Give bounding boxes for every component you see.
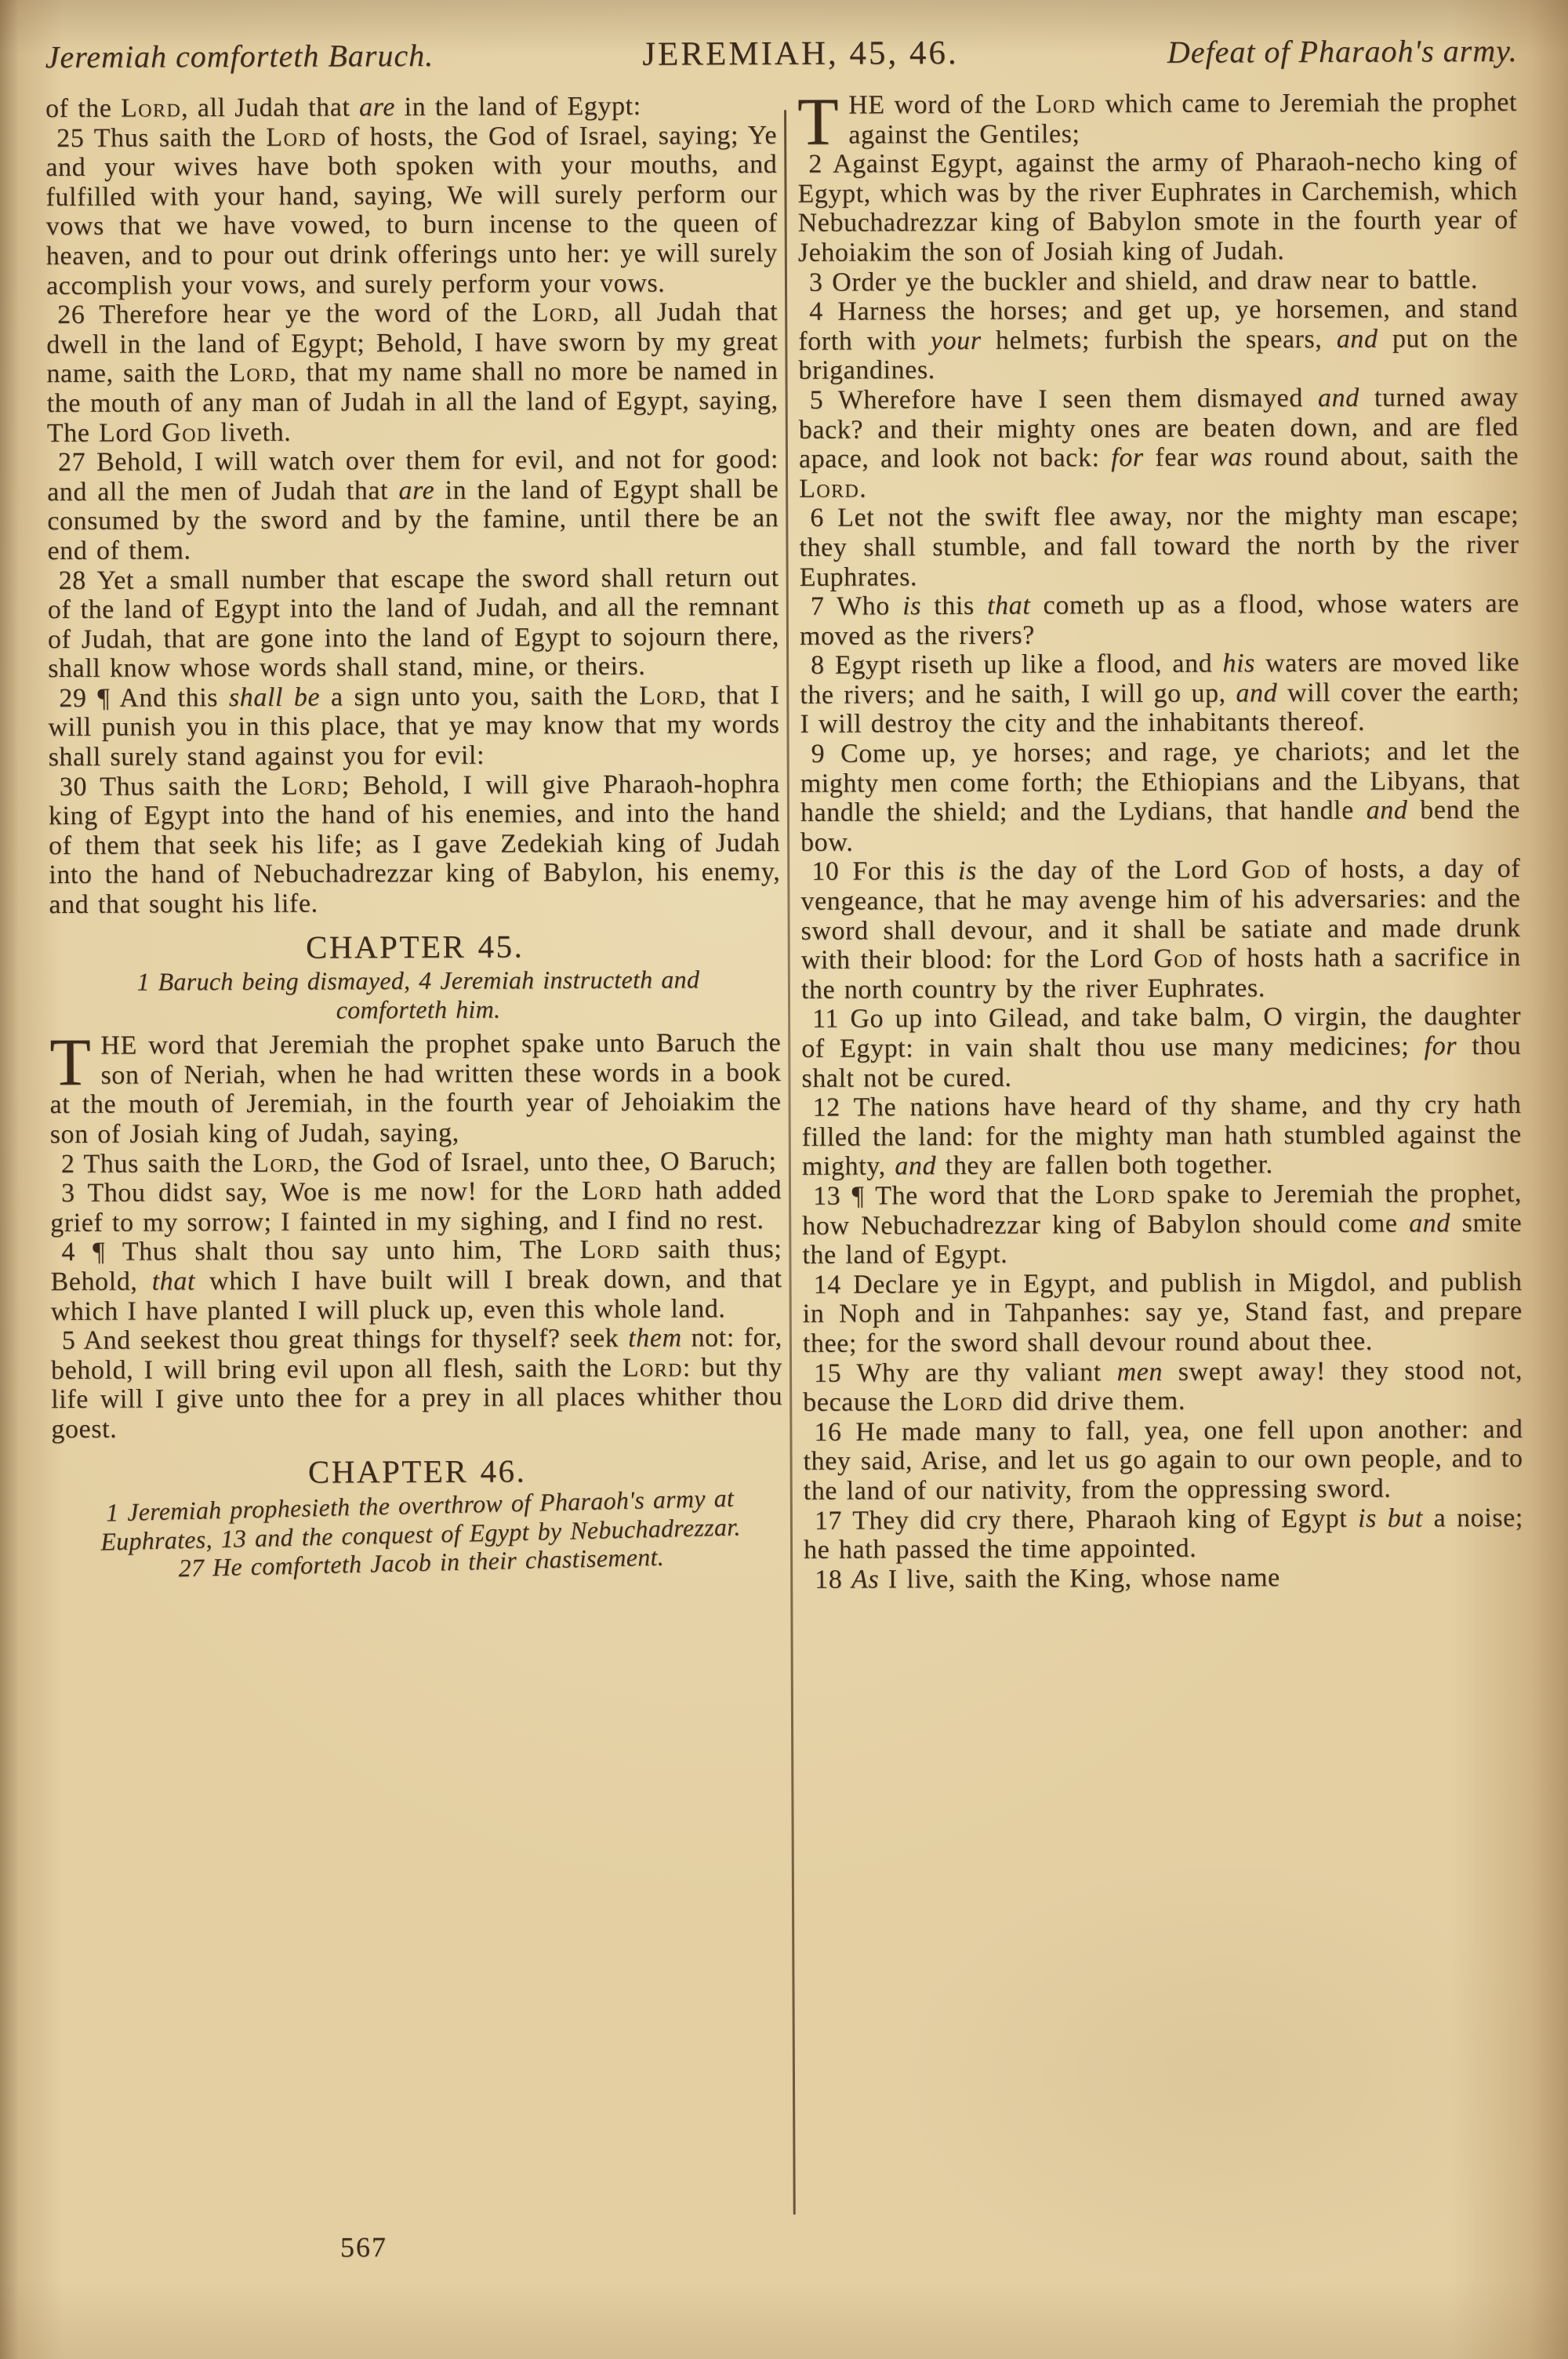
verse-paragraph: 25 Thus saith the Lord of hosts, the God… — [45, 121, 778, 301]
italic-word: shall be — [229, 682, 320, 712]
chapter-summary: 1 Jeremiah prophesieth the overthrow of … — [100, 1484, 742, 1585]
verse-paragraph: 28 Yet a small number that escape the sw… — [48, 563, 780, 684]
chapter-summary: 1 Baruch being dismayed, 4 Jeremiah inst… — [98, 965, 739, 1025]
small-caps-word: Lord — [582, 1176, 642, 1205]
verse-paragraph: 10 For this is the day of the Lord God o… — [800, 854, 1521, 1005]
italic-word: for — [1425, 1031, 1457, 1060]
verse-paragraph: 27 Behold, I will watch over them for ev… — [47, 445, 779, 565]
small-caps-word: Lord — [639, 681, 699, 710]
italic-word: are — [359, 93, 395, 122]
verse-paragraph: 7 Who is this that cometh up as a flood,… — [800, 589, 1519, 651]
verse-paragraph: 11 Go up into Gilead, and take balm, O v… — [801, 1001, 1521, 1093]
drop-cap: T — [49, 1031, 91, 1087]
italic-word: and — [1318, 383, 1359, 413]
running-head-right: Defeat of Pharaoh's army. — [1167, 32, 1518, 71]
small-caps-word: Lord — [799, 474, 859, 503]
verse-paragraph: 2 Thus saith the Lord, the God of Israel… — [50, 1147, 782, 1179]
verse-paragraph: 13 ¶ The word that the Lord spake to Jer… — [802, 1179, 1522, 1270]
running-head-left: Jeremiah comforteth Baruch. — [45, 37, 434, 75]
italic-word: As — [851, 1565, 879, 1594]
verse-paragraph: 16 He made many to fall, yea, one fell u… — [803, 1415, 1523, 1507]
small-caps-word: God — [1241, 856, 1291, 885]
italic-word: and — [895, 1152, 936, 1181]
verse-paragraph: 8 Egypt riseth up like a flood, and his … — [800, 648, 1519, 740]
drop-cap: T — [797, 91, 839, 147]
verse-paragraph: 4 Harness the horses; and get up, ye hor… — [798, 294, 1518, 386]
verse-paragraph: 5 And seekest thou great things for thys… — [51, 1323, 783, 1444]
verse-paragraph: 4 ¶ Thus shalt thou say unto him, The Lo… — [50, 1234, 782, 1326]
italic-word: are — [398, 476, 434, 505]
small-caps-word: Lord — [252, 1148, 313, 1177]
continuation-paragraph: of the Lord, all Judah that are in the l… — [45, 91, 777, 124]
verse-paragraph: 6 Let not the swift flee away, nor the m… — [799, 500, 1519, 592]
italic-word: and — [1236, 678, 1277, 707]
verse-paragraph: 9 Come up, ye horses; and rage, ye chari… — [800, 736, 1521, 857]
small-caps-word: Lord — [229, 358, 289, 387]
verse-paragraph: 5 Wherefore have I seen them dismayed an… — [799, 383, 1519, 503]
running-header: Jeremiah comforteth Baruch. JEREMIAH, 45… — [45, 31, 1518, 76]
italic-word: for — [1111, 443, 1144, 472]
small-caps-word: God — [1153, 944, 1203, 973]
verse-paragraph: 2 Against Egypt, against the army of Pha… — [797, 147, 1518, 267]
italic-word: 1 Jeremiah prophesieth the overthrow of … — [100, 1484, 741, 1583]
verse-paragraph: 14 Declare ye in Egypt, and publish in M… — [803, 1267, 1523, 1359]
running-head-book-title: JEREMIAH, 45, 46. — [642, 34, 959, 74]
italic-word: his — [1222, 649, 1255, 678]
verse-paragraph: THE word of the Lord which came to Jerem… — [797, 88, 1517, 150]
bible-page: Jeremiah comforteth Baruch. JEREMIAH, 45… — [0, 0, 1568, 2359]
verse-paragraph: 15 Why are thy valiant men swept away! t… — [803, 1355, 1523, 1417]
verse-paragraph: 3 Thou didst say, Woe is me now! for the… — [50, 1176, 782, 1238]
italic-word: that — [987, 591, 1030, 620]
verse-paragraph: 18 As I live, saith the King, whose name — [804, 1562, 1523, 1595]
verse-paragraph: 12 The nations have heard of thy shame, … — [802, 1090, 1522, 1182]
chapter-heading: CHAPTER 45. — [49, 931, 781, 964]
chapter-heading: CHAPTER 46. — [52, 1456, 783, 1488]
small-caps-word: Lord — [121, 93, 181, 122]
verse-paragraph: 17 They did cry there, Pharaoh king of E… — [804, 1503, 1523, 1565]
small-caps-word: Lord — [622, 1353, 683, 1382]
verse-paragraph: 29 ¶ And this shall be a sign unto you, … — [48, 681, 779, 772]
italic-word: your — [931, 326, 982, 355]
left-column: of the Lord, all Judah that are in the l… — [45, 91, 783, 1585]
small-caps-word: God — [162, 418, 212, 447]
italic-word: is but — [1358, 1503, 1423, 1532]
small-caps-word: Lord — [943, 1387, 1004, 1416]
small-caps-word: Lord — [532, 298, 593, 327]
italic-word: is — [902, 591, 921, 620]
italic-word: them — [628, 1324, 682, 1353]
verse-paragraph: 30 Thus saith the Lord; Behold, I will g… — [49, 769, 781, 920]
verse-paragraph: THE word that Jeremiah the prophet spake… — [49, 1028, 782, 1149]
italic-word: and — [1409, 1209, 1450, 1238]
small-caps-word: Lord — [281, 771, 342, 800]
small-caps-word: Lord — [1036, 89, 1096, 118]
italic-word: is — [958, 856, 977, 885]
italic-word: that — [152, 1267, 195, 1296]
italic-word: was — [1210, 443, 1253, 472]
verse-paragraph: 3 Order ye the buckler and shield, and d… — [798, 264, 1518, 297]
right-column: THE word of the Lord which came to Jerem… — [797, 88, 1523, 1594]
italic-word: and — [1367, 796, 1408, 825]
small-caps-word: Lord — [579, 1235, 640, 1264]
italic-word: 1 Baruch being dismayed, 4 Jeremiah inst… — [136, 965, 699, 1024]
verse-paragraph: 26 Therefore hear ye the word of the Lor… — [46, 297, 779, 448]
italic-word: men — [1116, 1357, 1163, 1386]
italic-word: and — [1337, 324, 1378, 353]
small-caps-word: Lord — [1095, 1180, 1156, 1209]
column-divider-rule — [784, 110, 796, 2215]
small-caps-word: Lord — [266, 122, 326, 151]
page-number: 567 — [305, 2230, 423, 2264]
